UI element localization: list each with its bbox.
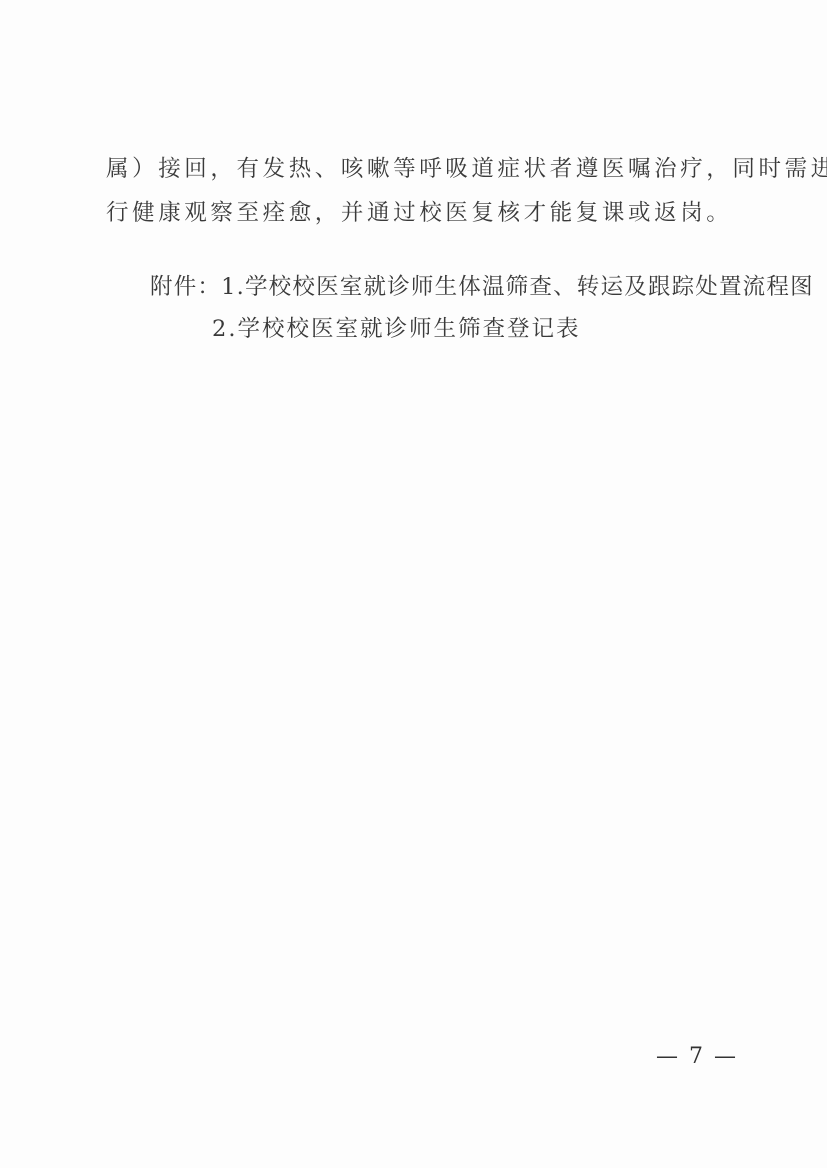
body-text-line: 属）接回，有发热、咳嗽等呼吸道症状者遵医嘱治疗，同时需进 xyxy=(106,154,827,184)
page-number: — 7 — xyxy=(656,1044,738,1069)
document-page: 属）接回，有发热、咳嗽等呼吸道症状者遵医嘱治疗，同时需进 行健康观察至痊愈，并通… xyxy=(0,0,827,1168)
body-text-line: 行健康观察至痊愈，并通过校医复核才能复课或返岗。 xyxy=(106,198,732,228)
attachment-item-2: 2.学校校医室就诊师生筛查登记表 xyxy=(212,314,580,344)
attachment-item-1: 附件：1.学校校医室就诊师生体温筛查、转运及跟踪处置流程图 xyxy=(150,272,814,302)
